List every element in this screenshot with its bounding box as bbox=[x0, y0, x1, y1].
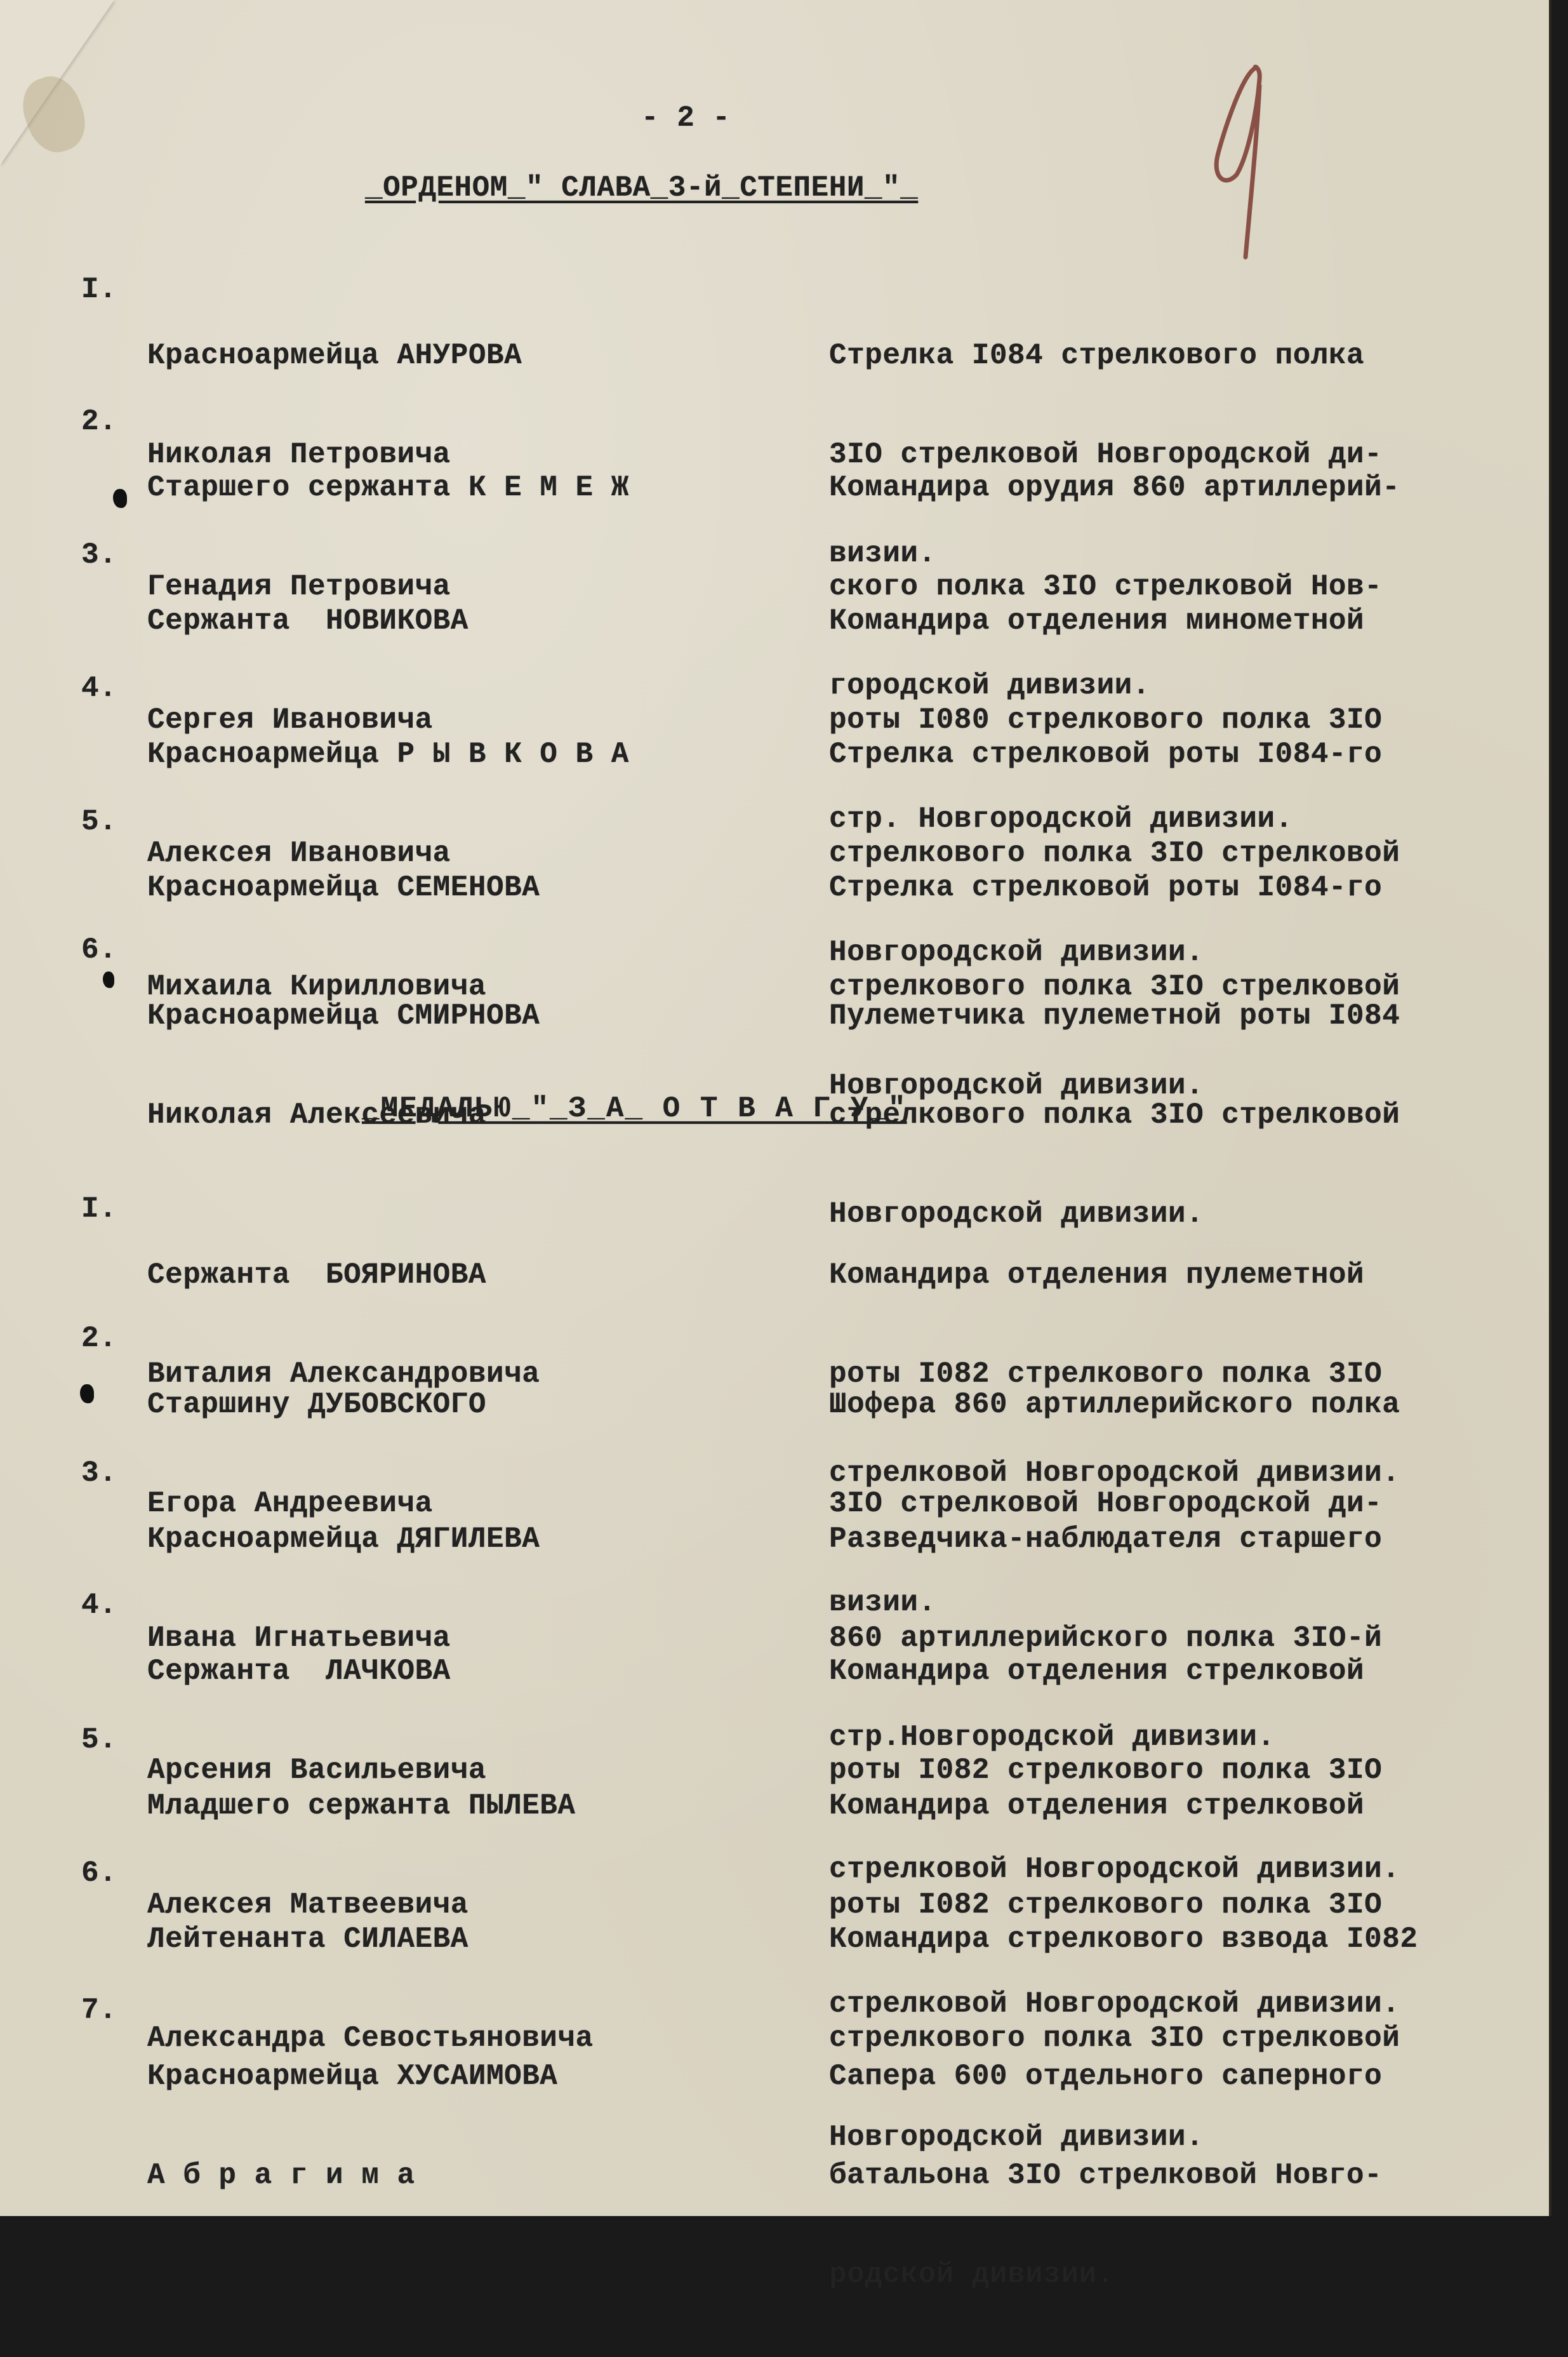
punch-hole bbox=[103, 972, 114, 988]
recipient-name: Красноармейца ХУСАИМОВА А б р а г и м а bbox=[147, 1994, 557, 2231]
entry-number: I. bbox=[81, 1192, 117, 1225]
section-heading-order-of-glory: _ОРДЕНОМ_" СЛАВА_3-й_СТЕПЕНИ_"_ bbox=[365, 171, 918, 204]
entry-number: 6. bbox=[81, 933, 117, 966]
entry-number: 5. bbox=[81, 1723, 117, 1756]
entry-number: I. bbox=[81, 273, 117, 306]
page-number: - 2 - bbox=[641, 102, 731, 135]
recipient-position: Сапера 600 отдельного саперного батальон… bbox=[829, 1994, 1382, 2231]
document-page: - 2 - _ОРДЕНОМ_" СЛАВА_3-й_СТЕПЕНИ_"_ I.… bbox=[0, 0, 1551, 2216]
entry-number: 4. bbox=[81, 1589, 117, 1622]
punch-hole bbox=[80, 1384, 94, 1403]
entry-number: 4. bbox=[81, 672, 117, 705]
recipient-name: Красноармейца СМИРНОВА Николая Алексееви… bbox=[147, 933, 540, 1198]
section-heading-medal-for-courage: _МЕДАЛЬЮ_"_З_А_ О Т В А Г У_" bbox=[362, 1092, 907, 1125]
entry-number: 7. bbox=[81, 1994, 117, 2027]
punch-hole bbox=[113, 489, 127, 508]
entry-number: 2. bbox=[81, 405, 117, 438]
entry-number: 5. bbox=[81, 805, 117, 838]
entry-number: 2. bbox=[81, 1322, 117, 1355]
entry-number: 3. bbox=[81, 538, 117, 571]
entry-number: 6. bbox=[81, 1857, 117, 1890]
entry-number: 3. bbox=[81, 1457, 117, 1490]
handwritten-mark-nine bbox=[1206, 60, 1295, 264]
